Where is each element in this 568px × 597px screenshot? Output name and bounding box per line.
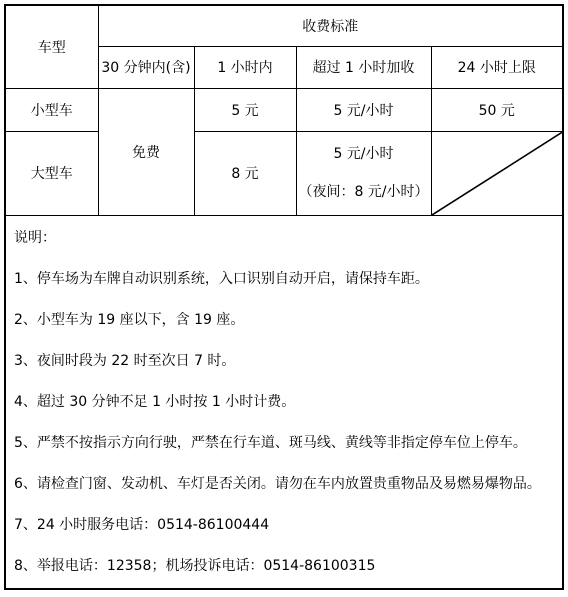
parking-fee-notice: 车型 收费标准 30 分钟内(含) 1 小时内 超过 1 小时加收 24 小时上…: [4, 4, 564, 590]
large-vehicle-type-cell: 大型车: [6, 131, 98, 215]
note-item-1: 1、停车场为车牌自动识别系统，入口识别自动开启，请保持车距。: [14, 259, 554, 300]
note-item-8: 8、举报电话：12358；机场投诉电话：0514-86100315: [14, 546, 554, 587]
large-vehicle-over-1h-cell: 5 元/小时 （夜间：8 元/小时）: [296, 131, 431, 215]
small-vehicle-type-cell: 小型车: [6, 88, 98, 131]
large-vehicle-over-1h-rate: 5 元/小时: [297, 135, 431, 173]
fee-standard-header-cell: 收费标准: [98, 6, 562, 46]
subheader-over-1h-cell: 超过 1 小时加收: [296, 46, 431, 88]
note-item-6: 6、请检查门窗、发动机、车灯是否关闭。请勿在车内放置贵重物品及易燃易爆物品。: [14, 464, 554, 505]
small-vehicle-24h-cap-cell: 50 元: [431, 88, 562, 131]
note-item-5: 5、严禁不按指示方向行驶，严禁在行车道、斑马线、黄线等非指定停车位上停车。: [14, 423, 554, 464]
small-vehicle-within-1h-cell: 5 元: [194, 88, 296, 131]
fee-table: 车型 收费标准 30 分钟内(含) 1 小时内 超过 1 小时加收 24 小时上…: [6, 6, 562, 216]
note-item-4: 4、超过 30 分钟不足 1 小时按 1 小时计费。: [14, 382, 554, 423]
note-item-2: 2、小型车为 19 座以下，含 19 座。: [14, 300, 554, 341]
notes-title: 说明：: [14, 218, 554, 259]
large-vehicle-24h-cap-not-applicable-cell: [431, 131, 562, 215]
table-header-row-1: 车型 收费标准: [6, 6, 562, 46]
subheader-24h-cap-cell: 24 小时上限: [431, 46, 562, 88]
subheader-within-1h-cell: 1 小时内: [194, 46, 296, 88]
diagonal-strikethrough-line: [432, 132, 563, 215]
table-row-small-vehicle: 小型车 免费 5 元 5 元/小时 50 元: [6, 88, 562, 131]
notes-section: 说明： 1、停车场为车牌自动识别系统，入口识别自动开启，请保持车距。 2、小型车…: [6, 216, 562, 587]
subheader-within-30min-cell: 30 分钟内(含): [98, 46, 194, 88]
small-vehicle-over-1h-cell: 5 元/小时: [296, 88, 431, 131]
vehicle-type-header-cell: 车型: [6, 6, 98, 88]
large-vehicle-within-1h-cell: 8 元: [194, 131, 296, 215]
note-item-3: 3、夜间时段为 22 时至次日 7 时。: [14, 341, 554, 382]
note-item-7: 7、24 小时服务电话：0514-86100444: [14, 505, 554, 546]
free-within-30min-cell: 免费: [98, 88, 194, 215]
table-row-large-vehicle: 大型车 8 元 5 元/小时 （夜间：8 元/小时）: [6, 131, 562, 215]
large-vehicle-over-1h-night-rate: （夜间：8 元/小时）: [297, 173, 431, 211]
